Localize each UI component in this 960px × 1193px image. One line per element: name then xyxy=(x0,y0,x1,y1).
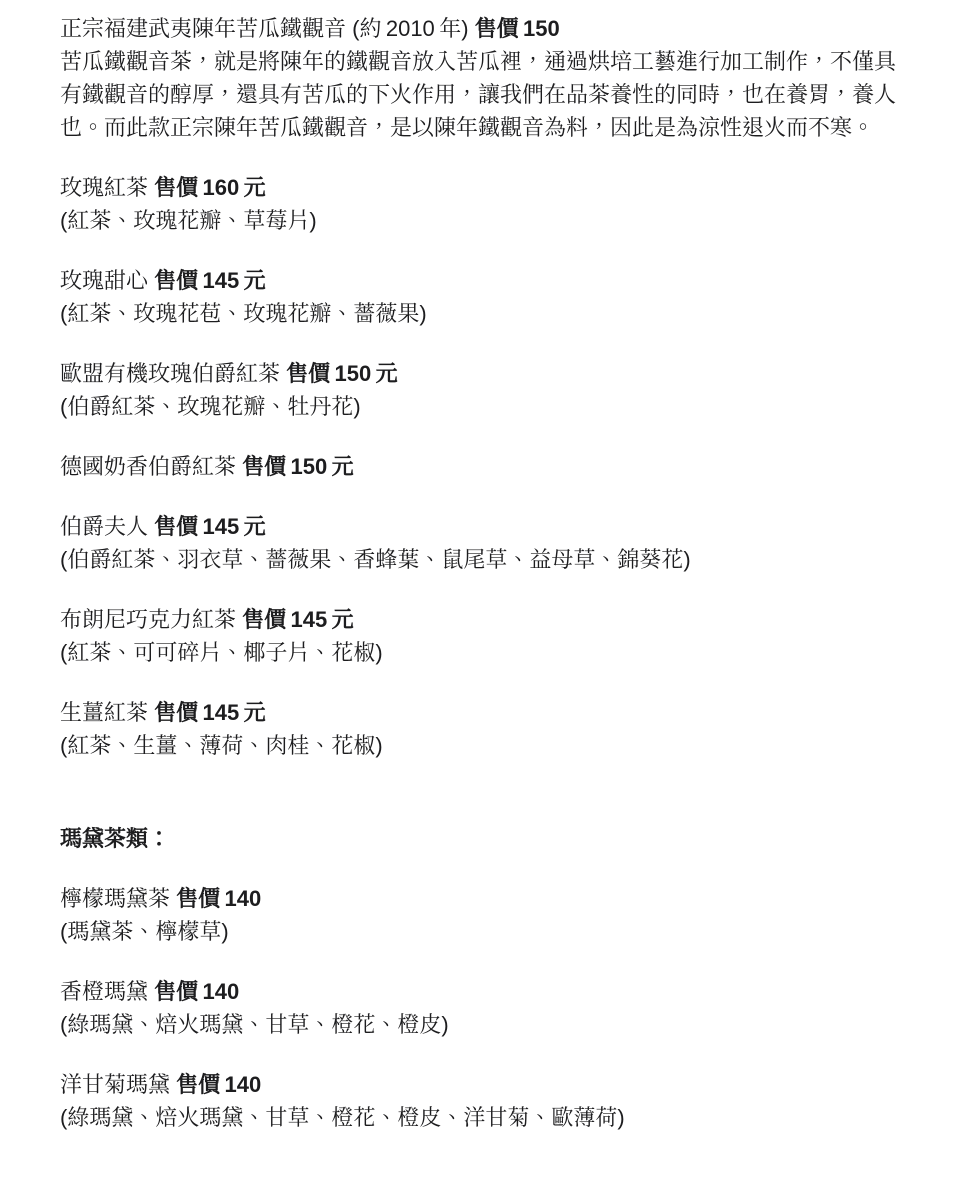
section-items: 正宗福建武夷陳年苦瓜鐵觀音 (約 2010 年) 售價 150 苦瓜鐵觀音茶，就… xyxy=(60,12,900,762)
section-items: 檸檬瑪黛茶 售價 140 (瑪黛茶、檸檬草) 香橙瑪黛 售價 140 (綠瑪黛、… xyxy=(60,882,900,1134)
item-ingredients: (瑪黛茶、檸檬草) xyxy=(60,915,900,948)
menu-item: 香橙瑪黛 售價 140 (綠瑪黛、焙火瑪黛、甘草、橙花、橙皮) xyxy=(60,975,900,1041)
item-price: 售價 145 元 xyxy=(154,268,266,293)
menu-item: 伯爵夫人 售價 145 元 (伯爵紅茶、羽衣草、薔薇果、香蜂葉、鼠尾草、益母草、… xyxy=(60,510,900,576)
item-title-line: 香橙瑪黛 售價 140 xyxy=(60,975,900,1008)
menu-item: 玫瑰紅茶 售價 160 元 (紅茶、玫瑰花瓣、草莓片) xyxy=(60,171,900,237)
item-title-line: 生薑紅茶 售價 145 元 xyxy=(60,696,900,729)
menu-item: 玫瑰甜心 售價 145 元 (紅茶、玫瑰花苞、玫瑰花瓣、薔薇果) xyxy=(60,264,900,330)
item-name: 伯爵夫人 xyxy=(60,514,148,539)
item-ingredients: (紅茶、玫瑰花苞、玫瑰花瓣、薔薇果) xyxy=(60,297,900,330)
menu-section: 正宗福建武夷陳年苦瓜鐵觀音 (約 2010 年) 售價 150 苦瓜鐵觀音茶，就… xyxy=(60,12,900,762)
section-header: 瑪黛茶類： xyxy=(60,789,900,855)
item-ingredients: (伯爵紅茶、玫瑰花瓣、牡丹花) xyxy=(60,390,900,423)
item-name: 洋甘菊瑪黛 xyxy=(60,1072,170,1097)
item-ingredients: (綠瑪黛、焙火瑪黛、甘草、橙花、橙皮、洋甘菊、歐薄荷) xyxy=(60,1101,900,1134)
item-price: 售價 150 xyxy=(475,16,560,41)
item-price: 售價 150 元 xyxy=(286,361,398,386)
menu-item: 檸檬瑪黛茶 售價 140 (瑪黛茶、檸檬草) xyxy=(60,882,900,948)
item-name: 歐盟有機玫瑰伯爵紅茶 xyxy=(60,361,280,386)
item-price: 售價 140 xyxy=(154,979,239,1004)
item-price: 售價 145 元 xyxy=(154,514,266,539)
menu-item: 布朗尼巧克力紅茶 售價 145 元 (紅茶、可可碎片、椰子片、花椒) xyxy=(60,603,900,669)
item-ingredients: (綠瑪黛、焙火瑪黛、甘草、橙花、橙皮) xyxy=(60,1008,900,1041)
item-title-line: 玫瑰甜心 售價 145 元 xyxy=(60,264,900,297)
item-price: 售價 150 元 xyxy=(242,454,354,479)
item-name: 布朗尼巧克力紅茶 xyxy=(60,607,236,632)
item-title-line: 正宗福建武夷陳年苦瓜鐵觀音 (約 2010 年) 售價 150 xyxy=(60,12,900,45)
item-name: 德國奶香伯爵紅茶 xyxy=(60,454,236,479)
item-name: 生薑紅茶 xyxy=(60,700,148,725)
item-description: 苦瓜鐵觀音茶，就是將陳年的鐵觀音放入苦瓜裡，通過烘培工藝進行加工制作，不僅具有鐵… xyxy=(60,45,900,144)
item-name: 玫瑰紅茶 xyxy=(60,175,148,200)
item-title-line: 玫瑰紅茶 售價 160 元 xyxy=(60,171,900,204)
item-title-line: 洋甘菊瑪黛 售價 140 xyxy=(60,1068,900,1101)
item-price: 售價 145 元 xyxy=(154,700,266,725)
menu-item: 德國奶香伯爵紅茶 售價 150 元 xyxy=(60,450,900,483)
item-name: 檸檬瑪黛茶 xyxy=(60,886,170,911)
item-ingredients: (伯爵紅茶、羽衣草、薔薇果、香蜂葉、鼠尾草、益母草、錦葵花) xyxy=(60,543,900,576)
item-price: 售價 140 xyxy=(176,886,261,911)
item-title-line: 布朗尼巧克力紅茶 售價 145 元 xyxy=(60,603,900,636)
item-title-line: 歐盟有機玫瑰伯爵紅茶 售價 150 元 xyxy=(60,357,900,390)
menu-item: 歐盟有機玫瑰伯爵紅茶 售價 150 元 (伯爵紅茶、玫瑰花瓣、牡丹花) xyxy=(60,357,900,423)
item-ingredients: (紅茶、生薑、薄荷、肉桂、花椒) xyxy=(60,729,900,762)
menu-section: 瑪黛茶類： 檸檬瑪黛茶 售價 140 (瑪黛茶、檸檬草) 香橙瑪黛 售價 140… xyxy=(60,789,900,1134)
item-price: 售價 140 xyxy=(176,1072,261,1097)
menu-item: 生薑紅茶 售價 145 元 (紅茶、生薑、薄荷、肉桂、花椒) xyxy=(60,696,900,762)
item-price: 售價 145 元 xyxy=(242,607,354,632)
item-price: 售價 160 元 xyxy=(154,175,266,200)
item-name: 玫瑰甜心 xyxy=(60,268,148,293)
menu-item: 洋甘菊瑪黛 售價 140 (綠瑪黛、焙火瑪黛、甘草、橙花、橙皮、洋甘菊、歐薄荷) xyxy=(60,1068,900,1134)
tea-price-list: 正宗福建武夷陳年苦瓜鐵觀音 (約 2010 年) 售價 150 苦瓜鐵觀音茶，就… xyxy=(60,12,900,1134)
menu-item: 正宗福建武夷陳年苦瓜鐵觀音 (約 2010 年) 售價 150 苦瓜鐵觀音茶，就… xyxy=(60,12,900,144)
item-title-line: 伯爵夫人 售價 145 元 xyxy=(60,510,900,543)
item-title-line: 德國奶香伯爵紅茶 售價 150 元 xyxy=(60,450,900,483)
item-name: 正宗福建武夷陳年苦瓜鐵觀音 (約 2010 年) xyxy=(60,16,469,41)
item-ingredients: (紅茶、可可碎片、椰子片、花椒) xyxy=(60,636,900,669)
item-ingredients: (紅茶、玫瑰花瓣、草莓片) xyxy=(60,204,900,237)
item-title-line: 檸檬瑪黛茶 售價 140 xyxy=(60,882,900,915)
item-name: 香橙瑪黛 xyxy=(60,979,148,1004)
